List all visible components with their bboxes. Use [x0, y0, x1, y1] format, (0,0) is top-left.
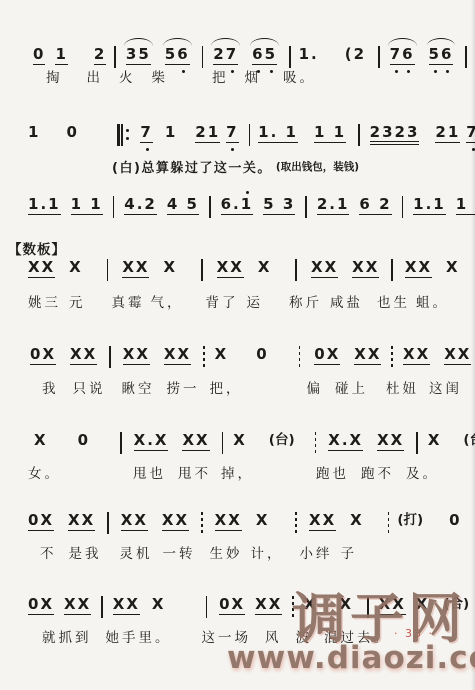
lyric-line-5: 我只说瞅空捞一把，偏碰上杜妞这闺: [42, 381, 462, 397]
rhythm-note: X: [163, 259, 177, 276]
rhythm-note: XX: [377, 432, 404, 451]
rhythm-note: X: [152, 596, 166, 613]
rhythm-note: XX: [354, 346, 381, 365]
note-group: 1: [165, 124, 177, 141]
note-group: 56: [165, 46, 190, 65]
rhythm-note: XX: [405, 259, 432, 278]
lyric-syllable: 称斤: [289, 295, 322, 311]
notation-line-3: 1.11 14.24 56.15 32.16 21.11 1): [28, 196, 475, 218]
barline: [109, 346, 111, 368]
lyric-syllable: 把，: [210, 381, 243, 397]
rhythm-note: X: [446, 259, 460, 276]
lyric-syllable: 蛆。: [416, 295, 449, 311]
stage-direction: (取出钱包，装钱): [276, 157, 359, 174]
barline: [295, 259, 297, 281]
rhythm-note: XX: [162, 512, 189, 531]
lyric-syllable: 计，: [251, 546, 284, 562]
rhythm-note: X: [215, 346, 229, 363]
barline: [289, 46, 291, 68]
lyric-syllable: 元: [69, 295, 86, 311]
lyric-syllable: 女。: [28, 466, 61, 482]
lyric-syllable: 掉，: [221, 466, 254, 482]
lyric-syllable: 也生: [377, 295, 410, 311]
note-group: 7: [140, 124, 152, 143]
note-group: 6 2: [359, 196, 391, 215]
note-group: 0: [66, 124, 78, 141]
lyric-syllable: 咸盐: [330, 295, 363, 311]
note-group: 21: [195, 124, 220, 143]
barline: [201, 512, 203, 534]
lyric-syllable: 真霉: [112, 295, 145, 311]
lyric-syllable: 一转: [163, 546, 196, 562]
note-group: 1.: [299, 46, 319, 63]
lyric-syllable: 生妙: [210, 546, 243, 562]
note-group: 0: [33, 46, 45, 65]
note-group: 2323: [370, 124, 420, 145]
lyric-syllable: 甩不: [178, 466, 211, 482]
note-group: 5 3: [263, 196, 295, 215]
barline: [358, 124, 360, 146]
lyric-syllable: 吸。: [283, 70, 316, 86]
rhythm-note: 0X: [30, 346, 56, 365]
rhythm-note: XX: [444, 346, 471, 365]
lyric-syllable: 瞅空: [122, 381, 155, 397]
lyric-line-4: 姚三元真霉气，背了运称斤咸盐也生蛆。: [28, 295, 449, 311]
lyric-syllable: 子: [341, 546, 358, 562]
note-group: 27: [213, 46, 238, 65]
note-group: 76: [390, 46, 415, 65]
lyric-syllable: 她手里。: [106, 630, 172, 646]
rhythm-note: X: [34, 432, 48, 449]
lyric-syllable: 把: [212, 70, 229, 86]
lyric-syllable: 杜妞: [386, 381, 419, 397]
notation-line-1: 012355627651.(27656: [33, 46, 467, 68]
barline: [416, 432, 418, 454]
barline: [388, 512, 390, 534]
note-group: 1 1: [314, 124, 346, 143]
lyric-syllable: 姚三: [28, 295, 61, 311]
note-group: 35: [126, 46, 151, 65]
barline: [114, 46, 116, 68]
rhythm-note: XX: [403, 346, 430, 365]
barline: [222, 432, 224, 454]
barline: [315, 432, 317, 454]
rhythm-note: XX: [182, 432, 209, 451]
note-group: (台): [463, 432, 475, 449]
barline: [206, 596, 208, 618]
barline: [391, 346, 393, 368]
note-group: 7: [226, 124, 238, 143]
note-group: 6.1: [221, 196, 254, 215]
lyric-line-2: (白)总算躲过了这一关。(取出钱包，装钱): [112, 157, 359, 176]
notation-line-7: 0XXXXXXXXXXXXX(打)0: [28, 512, 475, 534]
note-group: 0: [449, 512, 461, 529]
lyric-line-6: 女。甩也甩不掉，跑也跑不及。: [28, 466, 439, 482]
barline: [402, 196, 404, 218]
lyric-syllable: 这闺: [429, 381, 462, 397]
lyric-syllable: 我: [42, 381, 59, 397]
barline: [305, 196, 307, 218]
barline: [295, 512, 297, 534]
note-group: 7: [466, 124, 475, 143]
lyric-syllable: 灵机: [120, 546, 153, 562]
barline: [249, 124, 251, 146]
lyric-syllable: 碰上: [335, 381, 368, 397]
note-group: 1 1: [71, 196, 103, 215]
note-group: (打): [397, 512, 423, 529]
barline: [378, 46, 380, 68]
lyric-syllable: 只说: [73, 381, 106, 397]
rhythm-note: XX: [164, 346, 191, 365]
barline: [120, 432, 122, 454]
rhythm-note: XX: [121, 512, 148, 531]
lyric-syllable: 偏: [307, 381, 324, 397]
note-group: 65: [252, 46, 277, 65]
barline: [203, 346, 205, 368]
note-group: 4.2: [124, 196, 157, 215]
rhythm-note: 0X: [28, 596, 54, 615]
note-group: (2: [345, 46, 366, 63]
sheet-music-page: 012355627651.(27656掏出火柴把烟吸。10712171. 11 …: [0, 0, 475, 690]
rhythm-note: XX: [64, 596, 91, 615]
rhythm-note: X.X: [134, 432, 169, 451]
note-group: 1.1: [28, 196, 61, 215]
note-group: 4 5: [167, 196, 199, 215]
lyric-syllable: 烟: [245, 70, 262, 86]
notation-line-4: XXXXXXXXXXXXXXXX: [28, 259, 475, 281]
lyric-syllable: 柴: [152, 70, 169, 86]
notation-line-5: 0XXXXXXXX00XXXXXXX: [30, 346, 475, 368]
rhythm-note: X: [258, 259, 272, 276]
note-group: 1: [55, 46, 67, 65]
lyric-syllable: 捞一: [167, 381, 200, 397]
note-group: (台): [269, 432, 295, 449]
rhythm-note: X: [428, 432, 442, 449]
note-group: 21: [435, 124, 460, 143]
rhythm-note: XX: [311, 259, 338, 278]
rhythm-note: XX: [28, 259, 55, 278]
barline: [101, 596, 103, 618]
rhythm-note: 0X: [28, 512, 54, 531]
notation-line-6: X0X.XXXX(台)X.XXXX(台): [34, 432, 475, 454]
watermark-url-text: www.diaozi.com: [227, 640, 475, 676]
lyric-syllable: 出: [87, 70, 104, 86]
lyric-syllable: 背了: [206, 295, 239, 311]
lyric-syllable: 掏: [46, 70, 63, 86]
lyric-syllable: 跑也: [316, 466, 349, 482]
note-group: 56: [429, 46, 454, 65]
rhythm-note: XX: [255, 596, 282, 615]
barline: [202, 46, 204, 68]
rhythm-note: XX: [352, 259, 379, 278]
barline: [465, 46, 467, 68]
rhythm-note: 0X: [314, 346, 340, 365]
barline: [107, 259, 109, 281]
barline: [299, 346, 301, 368]
section-label: 【数板】: [8, 238, 66, 258]
note-group: 0: [256, 346, 268, 363]
rhythm-note: XX: [68, 512, 95, 531]
lyric-syllable: 甩也: [133, 466, 166, 482]
rhythm-note: X: [350, 512, 364, 529]
note-group: 1.1: [413, 196, 446, 215]
lyric-line-1: 掏出火柴把烟吸。: [46, 70, 316, 86]
repeat-start-barline: [117, 124, 121, 146]
lyric-line-7: 不是我灵机一转生妙计，小绊子: [40, 546, 357, 562]
rhythm-note: XX: [215, 512, 242, 531]
lyric-syllable: 小绊: [300, 546, 333, 562]
rhythm-note: XX: [70, 346, 97, 365]
rhythm-note: X: [69, 259, 83, 276]
note-group: 0: [78, 432, 90, 449]
note-group: 1. 1: [258, 124, 298, 143]
rhythm-note: XX: [113, 596, 140, 615]
barline: [209, 196, 211, 218]
rhythm-note: XX: [309, 512, 336, 531]
lyric-syllable: 就抓到: [42, 630, 92, 646]
spoken-dialogue: (白)总算躲过了这一关。: [112, 157, 272, 176]
rhythm-note: XX: [122, 259, 149, 278]
lyric-syllable: 气，: [151, 295, 184, 311]
barline: [107, 512, 109, 534]
rhythm-note: 0X: [219, 596, 245, 615]
lyric-syllable: 跑不: [361, 466, 394, 482]
lyric-syllable: 火: [119, 70, 136, 86]
note-group: 1: [28, 124, 40, 141]
note-group: 1 1): [456, 196, 475, 215]
rhythm-note: XX: [123, 346, 150, 365]
notation-line-2: 10712171. 11 12323217: [28, 124, 475, 146]
lyric-syllable: 不: [40, 546, 57, 562]
barline: [201, 259, 203, 281]
barline: [113, 196, 115, 218]
rhythm-note: X: [233, 432, 247, 449]
rhythm-note: XX: [217, 259, 244, 278]
lyric-syllable: 及。: [406, 466, 439, 482]
note-group: 2.1: [317, 196, 350, 215]
lyric-syllable: 运: [247, 295, 264, 311]
lyric-syllable: 是我: [69, 546, 102, 562]
rhythm-note: X: [256, 512, 270, 529]
rhythm-note: X.X: [328, 432, 363, 451]
note-group: 2: [94, 46, 106, 65]
barline: [391, 259, 393, 281]
